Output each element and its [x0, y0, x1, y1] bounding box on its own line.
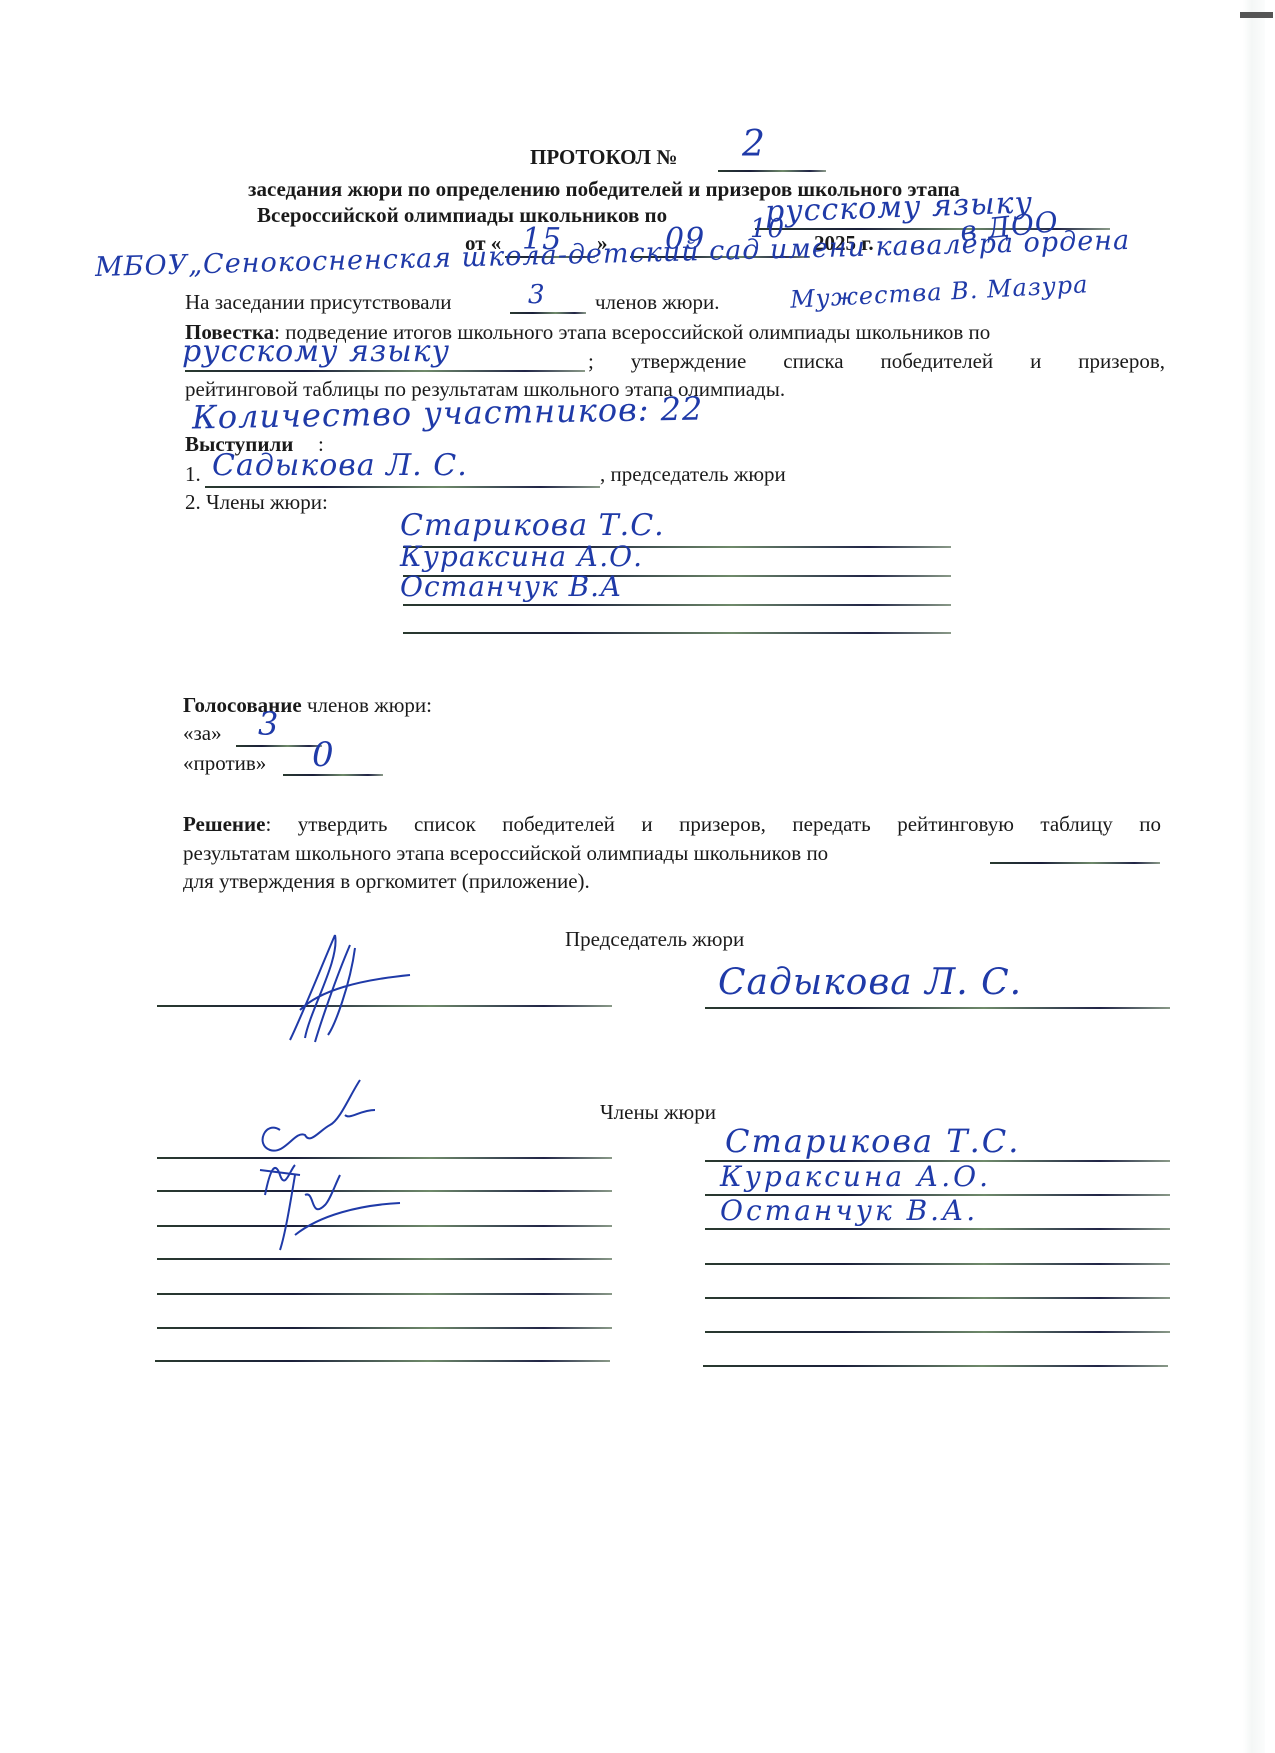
member-name-line-4 — [705, 1263, 1170, 1265]
member-name-line-3 — [705, 1228, 1170, 1230]
member-name-line-5 — [705, 1297, 1170, 1299]
attendance-prefix: На заседании присутствовали — [185, 290, 452, 314]
attendance-suffix: членов жюри. — [595, 290, 719, 314]
decision-subject-line — [990, 862, 1160, 864]
vote-against-value: 0 — [312, 735, 335, 775]
member-line-3 — [403, 604, 951, 606]
member-sign-line-6 — [157, 1327, 612, 1329]
voting-label-rest: членов жюри: — [302, 693, 432, 717]
chair-name-line — [205, 486, 600, 488]
speaker1-number: 1. — [185, 462, 201, 486]
member-name-3: Останчук В.А — [400, 570, 622, 603]
decision-line1: : утвердить список победителей и призеро… — [265, 812, 1161, 836]
vote-for-label: «за» — [183, 721, 222, 745]
member-name-2: Кураксина А.О. — [400, 540, 643, 573]
member-name-1: Старикова Т.С. — [400, 508, 665, 543]
subtitle-line2: Всероссийской олимпиады школьников по — [257, 203, 667, 228]
agenda-line2: ; утверждение списка победителей и призе… — [588, 349, 1165, 373]
vote-against-label: «против» — [183, 751, 266, 775]
organization-name-line1: МБОУ„Сенокосненская школа-детский сад им… — [95, 225, 1131, 283]
decision-line3: для утверждения в оргкомитет (приложение… — [183, 869, 590, 893]
organization-name-line2: Мужества В. Мазура — [789, 270, 1089, 314]
chair-name-handwritten: Садыкова Л. С. — [212, 448, 468, 483]
attendance-count-line — [510, 312, 586, 314]
members-label: 2. Члены жюри: — [185, 490, 328, 514]
agenda-subject-line — [185, 370, 585, 372]
chair-name-signature-line — [705, 1007, 1170, 1009]
member-line-4 — [403, 632, 951, 634]
member-signature-name-1: Старикова Т.С. — [725, 1122, 1020, 1160]
protocol-number-line — [718, 170, 826, 172]
vote-for-line — [236, 745, 322, 747]
voting-label: Голосование — [183, 693, 302, 717]
protocol-number: 2 — [742, 124, 766, 165]
member-sign-line-5 — [157, 1293, 612, 1295]
chair-signature-scribble — [280, 930, 430, 1050]
speaker1-role: , председатель жюри — [600, 462, 786, 486]
chair-signature-label: Председатель жюри — [565, 927, 744, 951]
chair-name-signature: Садыкова Л. С. — [718, 962, 1022, 1003]
member-sign-line-4 — [157, 1258, 612, 1260]
attendance-count: 3 — [528, 280, 546, 310]
member-signature-name-3: Останчук В.А. — [720, 1194, 978, 1227]
scan-page-edge — [1243, 0, 1265, 1753]
member-name-line-6 — [705, 1331, 1170, 1333]
members-signature-label: Члены жюри — [600, 1100, 716, 1124]
members-signature-scribbles — [250, 1075, 450, 1255]
decision-line2: результатам школьного этапа всероссийско… — [183, 841, 828, 865]
scan-corner-mark — [1240, 12, 1273, 18]
decision-label: Решение — [183, 812, 265, 836]
vote-for-value: 3 — [258, 705, 279, 743]
protocol-title: ПРОТОКОЛ № — [530, 145, 677, 170]
member-name-line-7 — [703, 1365, 1168, 1367]
member-sign-line-7 — [155, 1360, 610, 1362]
participants-count-handwritten: Количество участников: 22 — [192, 390, 704, 437]
agenda-subject-handwritten: русскому языку — [182, 334, 450, 369]
member-signature-name-2: Кураксина А.О. — [720, 1160, 991, 1193]
